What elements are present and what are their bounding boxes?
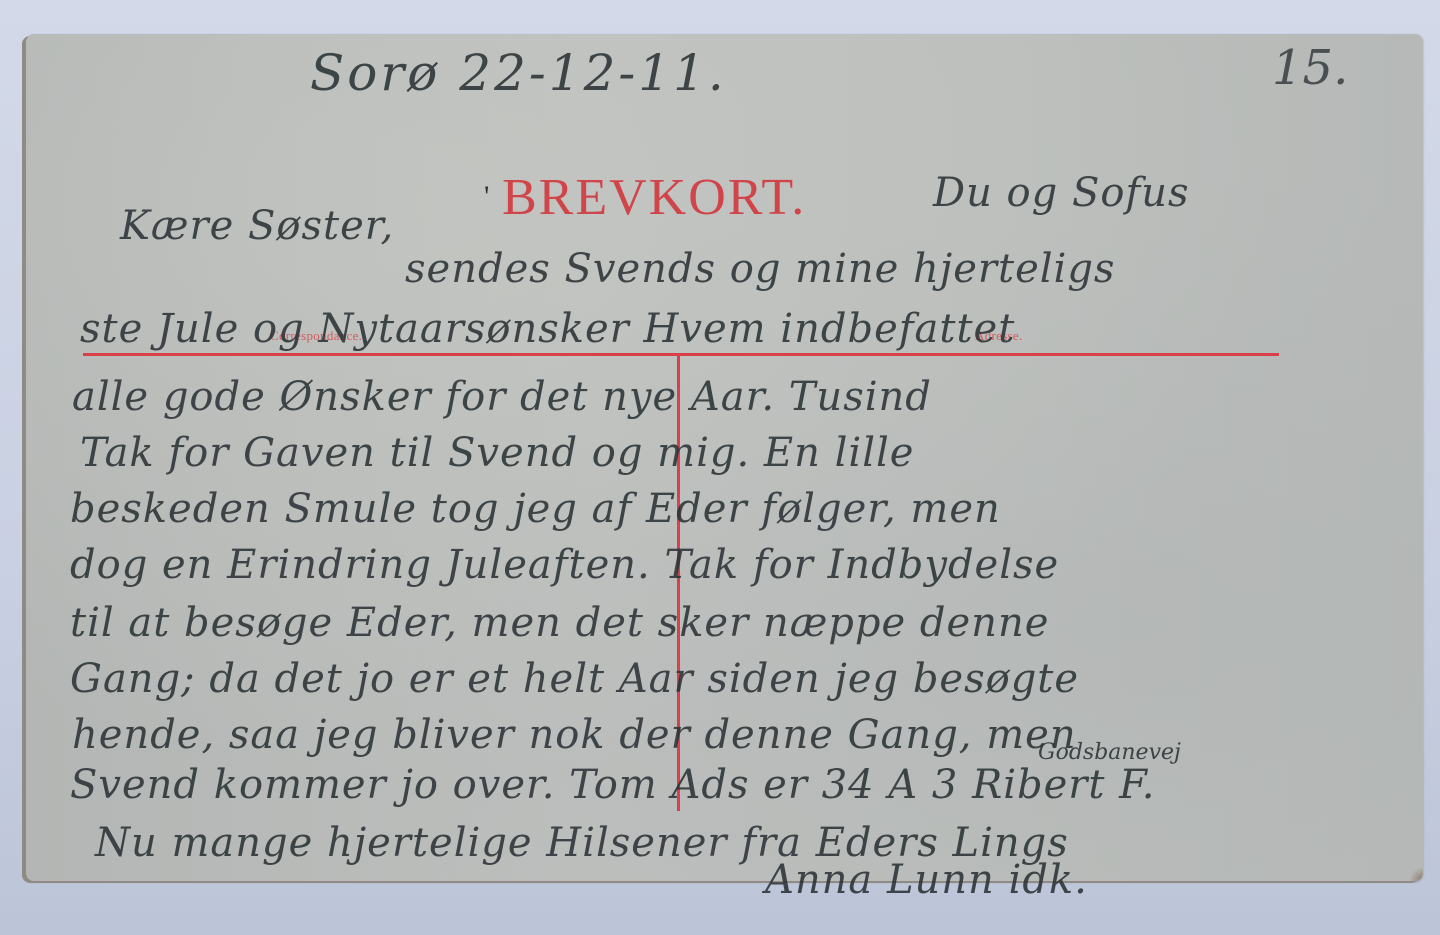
handwritten-line: til at besøge Eder, men det sker næppe d… [70,600,1049,646]
handwritten-line: Kære Søster, [120,203,394,249]
handwritten-line: sendes Svends og mine hjerteligs [405,246,1115,292]
handwritten-line: Svend kommer jo over. Tom Ads er 34 A 3 … [70,762,1155,808]
handwritten-line: Gang; da det jo er et helt Aar siden jeg… [70,656,1079,702]
handwritten-line: Tak for Gaven til Svend og mig. En lille [80,430,914,476]
handwritten-line: hende, saa jeg bliver nok der denne Gang… [72,712,1077,758]
handwritten-apostrophe: ' [484,180,489,214]
handwritten-date: Sorø 22-12-11. [310,44,727,102]
handwritten-line: alle gode Ønsker for det nye Aar. Tusind [72,374,932,420]
printed-horizontal-divider [83,353,1279,356]
handwritten-signature: Anna Lunn idk. [765,857,1088,903]
handwritten-line: ste Jule og Nytaarsønsker Hvem indbefatt… [80,306,1015,352]
printed-title: BREVKORT. [502,168,806,227]
handwritten-corner-mark: 15. [1272,40,1348,96]
handwritten-line: beskeden Smule tog jeg af Eder følger, m… [70,486,1001,532]
handwritten-line: dog en Erindring Juleaften. Tak for Indb… [70,542,1059,588]
handwritten-line: Du og Sofus [933,170,1190,216]
